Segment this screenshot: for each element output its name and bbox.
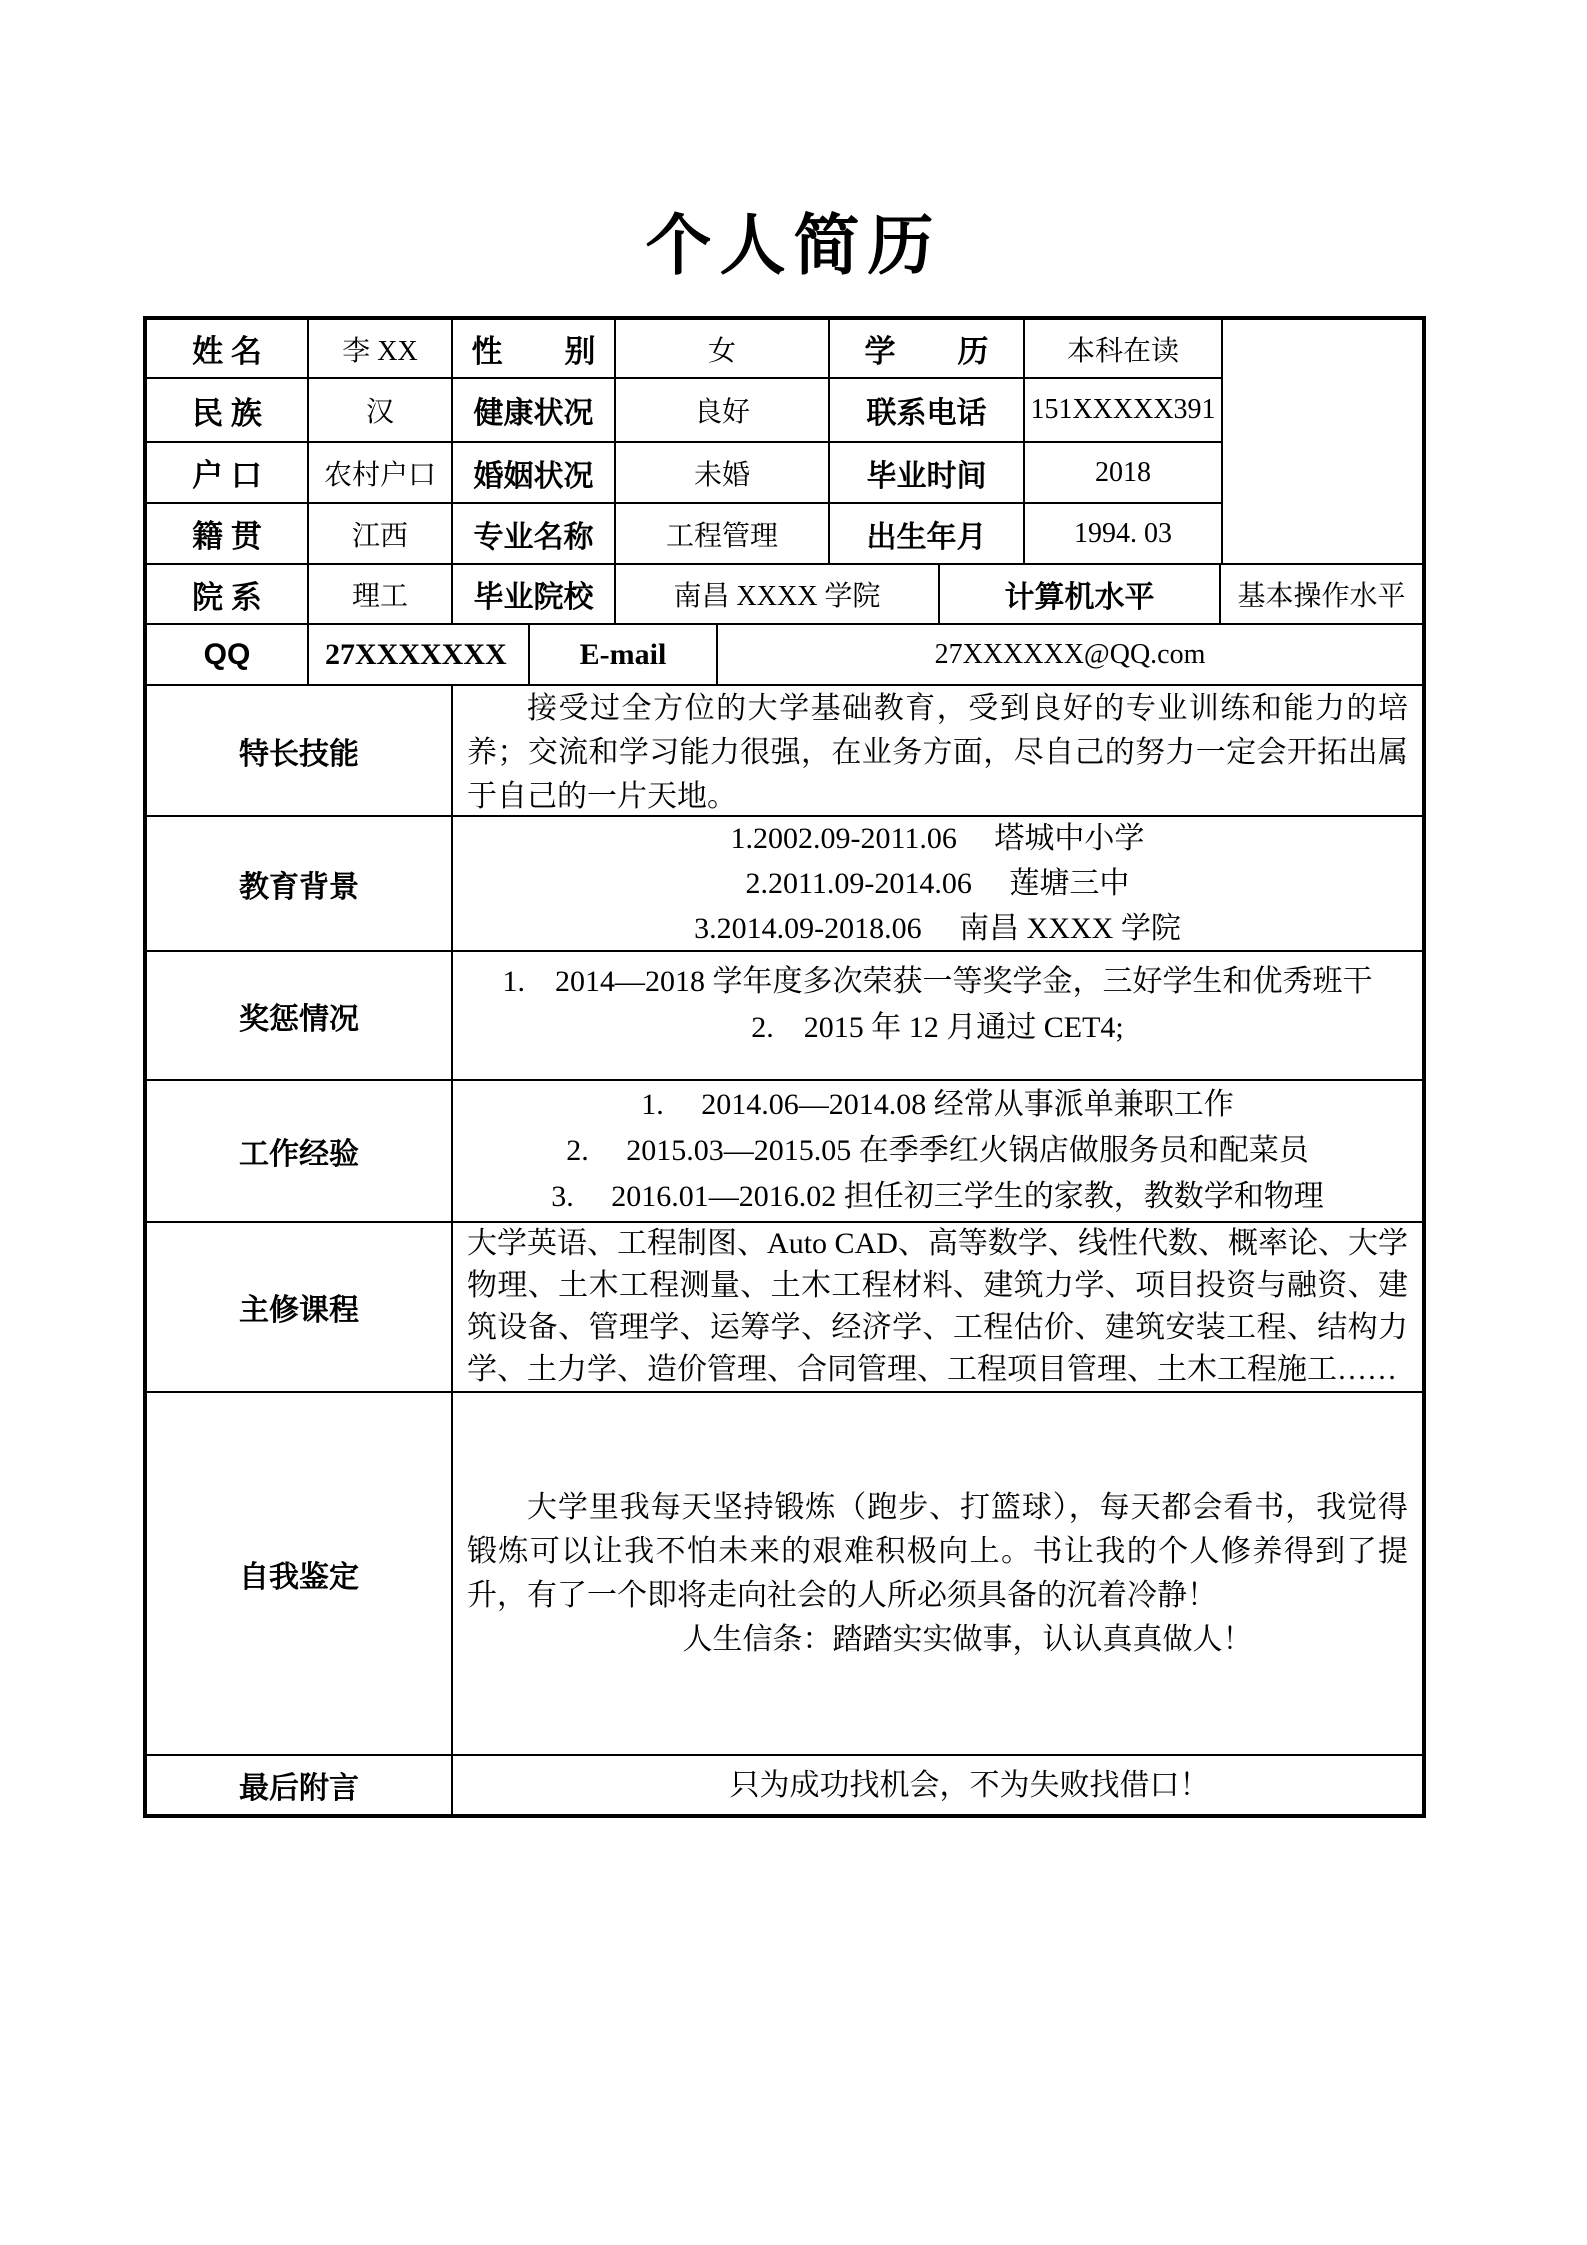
major-label: 专业名称 — [453, 504, 616, 563]
table-row: QQ 27XXXXXXX E-mail 27XXXXXX@QQ.com — [147, 625, 1422, 686]
name-value: 李 XX — [309, 320, 453, 377]
gender-value: 女 — [616, 320, 830, 377]
list-item: 1. 2014—2018 学年度多次荣获一等奖学金，三好学生和优秀班干 — [503, 959, 1373, 1005]
list-item: 2. 2015.03—2015.05 在季季红火锅店做服务员和配菜员 — [566, 1128, 1309, 1174]
birth-date-label: 出生年月 — [830, 504, 1025, 563]
college-value: 南昌 XXXX 学院 — [616, 565, 940, 623]
native-place-label: 籍 贯 — [147, 504, 309, 563]
education-content: 1.2002.09-2011.06 塔城中小学 2.2011.09-2014.0… — [453, 817, 1422, 950]
email-value: 27XXXXXX@QQ.com — [718, 625, 1422, 684]
health-value: 良好 — [616, 379, 830, 441]
resume-table: 姓 名 李 XX 性 别 女 学 历 本科在读 民 族 汉 健康状况 良好 联系… — [143, 316, 1426, 1818]
qq-label: QQ — [147, 625, 309, 684]
self-assessment-motto: 人生信条：踏踏实实做事，认认真真做人！ — [623, 1618, 1253, 1662]
work-content: 1. 2014.06—2014.08 经常从事派单兼职工作 2. 2015.03… — [453, 1081, 1422, 1221]
table-row: 民 族 汉 健康状况 良好 联系电话 151XXXXX391 — [147, 379, 1221, 443]
graduation-time-value: 2018 — [1025, 443, 1221, 502]
name-label: 姓 名 — [147, 320, 309, 377]
skills-label: 特长技能 — [147, 686, 453, 815]
household-label: 户 口 — [147, 443, 309, 502]
degree-label: 学 历 — [830, 320, 1025, 377]
major-value: 工程管理 — [616, 504, 830, 563]
self-assessment-label: 自我鉴定 — [147, 1393, 453, 1754]
marital-value: 未婚 — [616, 443, 830, 502]
work-section: 工作经验 1. 2014.06—2014.08 经常从事派单兼职工作 2. 20… — [147, 1081, 1422, 1223]
self-assessment-paragraph: 大学里我每天坚持锻炼（跑步、打篮球），每天都会看书，我觉得锻炼可以让我不怕未来的… — [467, 1486, 1408, 1618]
department-value: 理工 — [309, 565, 453, 623]
health-label: 健康状况 — [453, 379, 616, 441]
courses-content: 大学英语、工程制图、Auto CAD、高等数学、线性代数、概率论、大学物理、土木… — [453, 1223, 1422, 1391]
qq-value: 27XXXXXXX — [309, 625, 530, 684]
work-label: 工作经验 — [147, 1081, 453, 1221]
table-row: 院 系 理工 毕业院校 南昌 XXXX 学院 计算机水平 基本操作水平 — [147, 565, 1422, 625]
final-note-label: 最后附言 — [147, 1756, 453, 1814]
marital-label: 婚姻状况 — [453, 443, 616, 502]
final-note-text: 只为成功找机会，不为失败找借口！ — [730, 1763, 1210, 1808]
degree-value: 本科在读 — [1025, 320, 1221, 377]
table-row: 姓 名 李 XX 性 别 女 学 历 本科在读 — [147, 320, 1221, 379]
native-place-value: 江西 — [309, 504, 453, 563]
courses-text: 大学英语、工程制图、Auto CAD、高等数学、线性代数、概率论、大学物理、土木… — [467, 1223, 1408, 1391]
basic-info-section: 姓 名 李 XX 性 别 女 学 历 本科在读 民 族 汉 健康状况 良好 联系… — [147, 320, 1422, 565]
list-item: 1.2002.09-2011.06 塔城中小学 — [731, 817, 1145, 861]
college-label: 毕业院校 — [453, 565, 616, 623]
final-note-section: 最后附言 只为成功找机会，不为失败找借口！ — [147, 1756, 1422, 1814]
final-note-content: 只为成功找机会，不为失败找借口！ — [453, 1756, 1422, 1814]
resume-page: 个人简历 姓 名 李 XX 性 别 女 学 历 本科在读 民 族 汉 健康状况 … — [0, 0, 1587, 2245]
basic-info-grid: 姓 名 李 XX 性 别 女 学 历 本科在读 民 族 汉 健康状况 良好 联系… — [147, 320, 1221, 563]
phone-value: 151XXXXX391 — [1025, 379, 1221, 441]
birth-date-value: 1994. 03 — [1025, 504, 1221, 563]
awards-content: 1. 2014—2018 学年度多次荣获一等奖学金，三好学生和优秀班干 2. 2… — [453, 952, 1422, 1079]
skills-section: 特长技能 接受过全方位的大学基础教育，受到良好的专业训练和能力的培养；交流和学习… — [147, 686, 1422, 817]
skills-text: 接受过全方位的大学基础教育，受到良好的专业训练和能力的培养；交流和学习能力很强，… — [467, 687, 1408, 815]
table-row: 户 口 农村户口 婚姻状况 未婚 毕业时间 2018 — [147, 443, 1221, 504]
self-assessment-content: 大学里我每天坚持锻炼（跑步、打篮球），每天都会看书，我觉得锻炼可以让我不怕未来的… — [453, 1393, 1422, 1754]
list-item: 2. 2015 年 12 月通过 CET4; — [751, 1005, 1124, 1051]
graduation-time-label: 毕业时间 — [830, 443, 1025, 502]
awards-label: 奖惩情况 — [147, 952, 453, 1079]
computer-skill-value: 基本操作水平 — [1221, 565, 1422, 623]
list-item: 2.2011.09-2014.06 莲塘三中 — [746, 861, 1130, 906]
page-title: 个人简历 — [0, 192, 1587, 287]
computer-skill-label: 计算机水平 — [940, 565, 1221, 623]
education-section: 教育背景 1.2002.09-2011.06 塔城中小学 2.2011.09-2… — [147, 817, 1422, 952]
list-item: 1. 2014.06—2014.08 经常从事派单兼职工作 — [641, 1082, 1234, 1128]
table-row: 籍 贯 江西 专业名称 工程管理 出生年月 1994. 03 — [147, 504, 1221, 563]
courses-label: 主修课程 — [147, 1223, 453, 1391]
phone-label: 联系电话 — [830, 379, 1025, 441]
email-label: E-mail — [530, 625, 718, 684]
gender-label: 性 别 — [453, 320, 616, 377]
department-label: 院 系 — [147, 565, 309, 623]
list-item: 3.2014.09-2018.06 南昌 XXXX 学院 — [694, 906, 1181, 950]
household-value: 农村户口 — [309, 443, 453, 502]
list-item: 3. 2016.01—2016.02 担任初三学生的家教，教数学和物理 — [551, 1174, 1324, 1220]
awards-section: 奖惩情况 1. 2014—2018 学年度多次荣获一等奖学金，三好学生和优秀班干… — [147, 952, 1422, 1081]
education-label: 教育背景 — [147, 817, 453, 950]
self-assessment-section: 自我鉴定 大学里我每天坚持锻炼（跑步、打篮球），每天都会看书，我觉得锻炼可以让我… — [147, 1393, 1422, 1756]
ethnicity-value: 汉 — [309, 379, 453, 441]
skills-content: 接受过全方位的大学基础教育，受到良好的专业训练和能力的培养；交流和学习能力很强，… — [453, 686, 1422, 815]
photo-placeholder — [1221, 320, 1422, 563]
courses-section: 主修课程 大学英语、工程制图、Auto CAD、高等数学、线性代数、概率论、大学… — [147, 1223, 1422, 1393]
ethnicity-label: 民 族 — [147, 379, 309, 441]
